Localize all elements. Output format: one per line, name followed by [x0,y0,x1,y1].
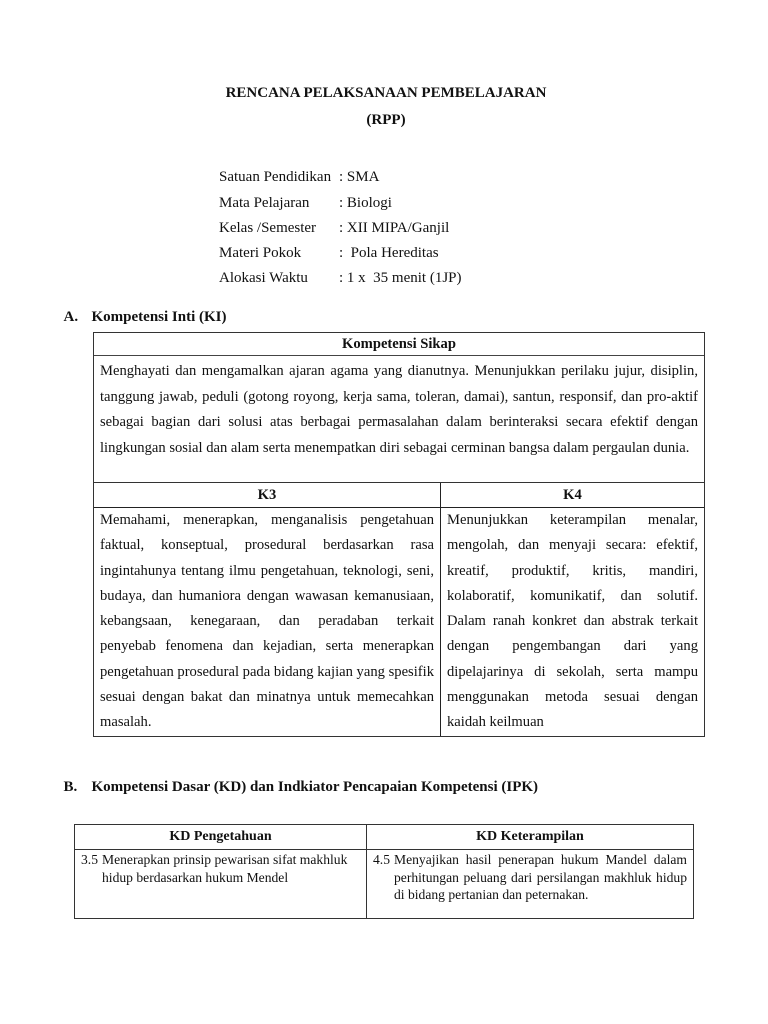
document-meta: Satuan Pendidikan: SMA Mata Pelajaran: B… [204,140,462,266]
meta-value: : Biologi [339,195,392,211]
section-title: Kompetensi Dasar (KD) dan Indkiator Penc… [92,779,539,795]
k4-column: K4 Menunjukkan keterampilan menalar, men… [441,483,704,736]
meta-label: Kelas /Semester [219,216,339,241]
k3-column: K3 Memahami, menerapkan, menganalisis pe… [94,483,441,736]
kd-number: 3.5 [81,851,102,886]
kd-pengetahuan-header: KD Pengetahuan [75,825,366,850]
kd-pengetahuan-column: KD Pengetahuan 3.5 Menerapkan prinsip pe… [75,825,367,918]
meta-label: Materi Pokok [219,241,339,266]
kompetensi-dasar-table: KD Pengetahuan 3.5 Menerapkan prinsip pe… [74,824,694,919]
kd-keterampilan-item: 4.5 Menyajikan hasil penerapan hukum Man… [373,851,687,904]
section-title: Kompetensi Inti (KI) [92,309,227,325]
kompetensi-inti-table: Kompetensi Sikap Menghayati dan mengamal… [93,332,705,737]
meta-value: : SMA [339,169,379,185]
k4-text: Menunjukkan keterampilan menalar, mengol… [441,508,704,736]
meta-value: : 1 x 35 menit (1JP) [339,270,462,286]
ki-k3-k4-row: K3 Memahami, menerapkan, menganalisis pe… [94,483,704,736]
meta-label: Mata Pelajaran [219,191,339,216]
kd-text: Menerapkan prinsip pewarisan sifat makhl… [102,851,360,886]
section-a-heading: A.Kompetensi Inti (KI) [56,292,227,326]
k3-header: K3 [94,483,440,508]
kompetensi-sikap-text: Menghayati dan mengamalkan ajaran agama … [94,356,704,483]
kd-pengetahuan-item: 3.5 Menerapkan prinsip pewarisan sifat m… [81,851,360,886]
kompetensi-sikap-header: Kompetensi Sikap [94,333,704,356]
section-number: B. [64,779,92,796]
meta-label: Satuan Pendidikan [219,165,339,190]
meta-value: : Pola Hereditas [339,245,439,261]
document-subtitle: (RPP) [0,112,768,129]
k4-header: K4 [441,483,704,508]
meta-label: Alokasi Waktu [219,266,339,291]
section-number: A. [64,309,92,326]
kd-pengetahuan-cell: 3.5 Menerapkan prinsip pewarisan sifat m… [75,850,366,918]
section-b-heading: B.Kompetensi Dasar (KD) dan Indkiator Pe… [56,762,538,796]
meta-value: : XII MIPA/Ganjil [339,220,449,236]
kd-keterampilan-header: KD Keterampilan [367,825,693,850]
k3-text: Memahami, menerapkan, menganalisis penge… [94,508,440,736]
kd-number: 4.5 [373,851,394,904]
kd-keterampilan-column: KD Keterampilan 4.5 Menyajikan hasil pen… [367,825,693,918]
kd-text: Menyajikan hasil penerapan hukum Mandel … [394,851,687,904]
document-title: RENCANA PELAKSANAAN PEMBELAJARAN [0,85,768,102]
kd-keterampilan-cell: 4.5 Menyajikan hasil penerapan hukum Man… [367,850,693,918]
meta-row-satuan-pendidikan: Satuan Pendidikan: SMA [204,140,462,165]
